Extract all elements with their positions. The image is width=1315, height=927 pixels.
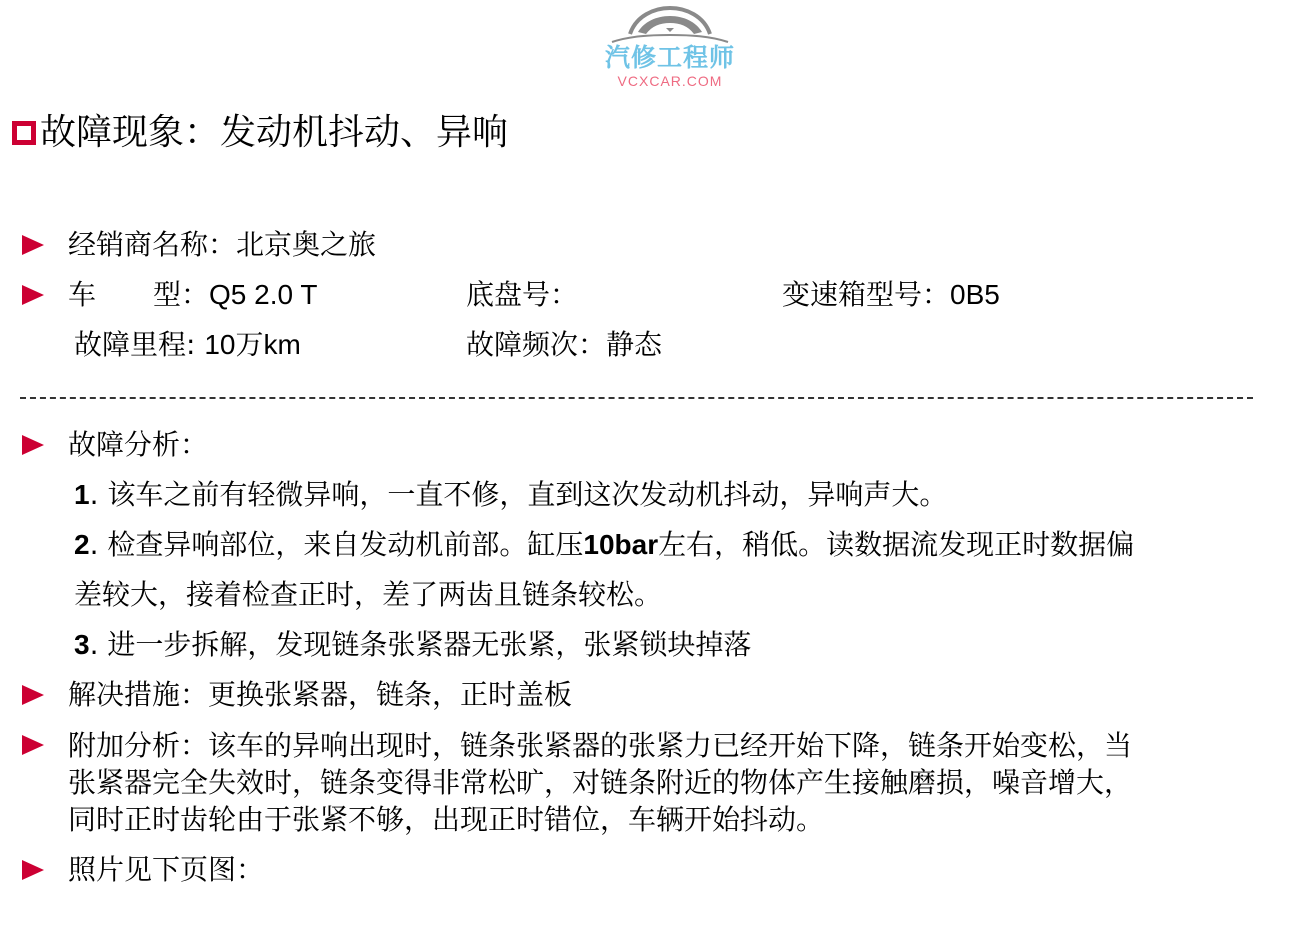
mileage-label: 故障里程:: [74, 328, 204, 361]
triangle-bullet-icon: [22, 735, 44, 755]
analysis-item-number: 2: [74, 529, 90, 560]
extra-analysis-line: 张紧器完全失效时，链条变得非常松旷，对链条附近的物体产生接触磨损，噪音增大，: [68, 764, 1298, 801]
analysis-item-1: 1. 该车之前有轻微异响，一直不修，直到这次发动机抖动，异响声大。: [74, 477, 947, 513]
dealer-label: 经销商名称：: [68, 228, 236, 261]
chassis-label: 底盘号：: [466, 278, 578, 311]
mileage-field: 故障里程: 10万km: [74, 327, 301, 363]
triangle-bullet-icon: [22, 860, 44, 880]
solution-text: 解决措施：更换张紧器，链条，正时盖板: [68, 677, 572, 713]
extra-analysis-line: 附加分析：该车的异响出现时，链条张紧器的张紧力已经开始下降，链条开始变松，当: [68, 727, 1298, 764]
triangle-bullet-icon: [22, 285, 44, 305]
model-label-part1: 车: [68, 278, 96, 311]
frequency-field: 故障频次：静态: [466, 327, 662, 363]
analysis-item-2: 2. 检查异响部位，来自发动机前部。缸压10bar左右，稍低。读数据流发现正时数…: [74, 527, 1134, 563]
logo-brand-text: 汽修工程师: [585, 44, 755, 72]
gearbox-label: 变速箱型号：: [782, 278, 950, 311]
analysis-item-text: . 检查异响部位，来自发动机前部。缸压: [90, 528, 584, 561]
analysis-heading: 故障分析：: [68, 427, 208, 463]
page-title-text: 故障现象：发动机抖动、异响: [40, 108, 508, 158]
model-row-cont: 型：Q5 2.0 T: [153, 277, 317, 313]
logo: 汽修工程师 VCXCAR.COM: [585, 2, 755, 92]
analysis-item-number: 1: [74, 479, 90, 510]
model-row: 车: [68, 277, 96, 313]
model-value: Q5 2.0 T: [209, 279, 317, 310]
dealer-row: 经销商名称：北京奥之旅: [68, 227, 376, 263]
logo-url-text: VCXCAR.COM: [585, 73, 755, 89]
analysis-item-text: . 该车之前有轻微异响，一直不修，直到这次发动机抖动，异响声大。: [90, 478, 948, 511]
analysis-item-text: . 进一步拆解，发现链条张紧器无张紧，张紧锁块掉落: [90, 628, 752, 661]
dashed-divider: [20, 397, 1253, 399]
model-label-part2: 型：: [153, 278, 209, 311]
car-icon: [610, 2, 730, 48]
analysis-item-text-cont: 左右，稍低。读数据流发现正时数据偏: [658, 528, 1134, 561]
frequency-value: 静态: [606, 328, 662, 361]
page-title: 故障现象：发动机抖动、异响: [12, 108, 508, 158]
triangle-bullet-icon: [22, 235, 44, 255]
triangle-bullet-icon: [22, 435, 44, 455]
extra-analysis-line: 同时正时齿轮由于张紧不够，出现正时错位，车辆开始抖动。: [68, 801, 1298, 838]
extra-analysis-paragraph: 附加分析：该车的异响出现时，链条张紧器的张紧力已经开始下降，链条开始变松，当 张…: [68, 727, 1298, 838]
mileage-value: 10万km: [204, 329, 300, 360]
pressure-value: 10bar: [583, 529, 658, 560]
dealer-value: 北京奥之旅: [236, 228, 376, 261]
gearbox-field: 变速箱型号：0B5: [782, 277, 1000, 313]
analysis-item-number: 3: [74, 629, 90, 660]
gearbox-value: 0B5: [950, 279, 1000, 310]
analysis-item-2-line2: 差较大，接着检查正时，差了两齿且链条较松。: [74, 577, 662, 613]
hollow-square-icon: [12, 121, 36, 145]
analysis-item-3: 3. 进一步拆解，发现链条张紧器无张紧，张紧锁块掉落: [74, 627, 751, 663]
triangle-bullet-icon: [22, 685, 44, 705]
frequency-label: 故障频次：: [466, 328, 606, 361]
photos-note: 照片见下页图：: [68, 852, 264, 888]
chassis-field: 底盘号：: [466, 277, 578, 313]
